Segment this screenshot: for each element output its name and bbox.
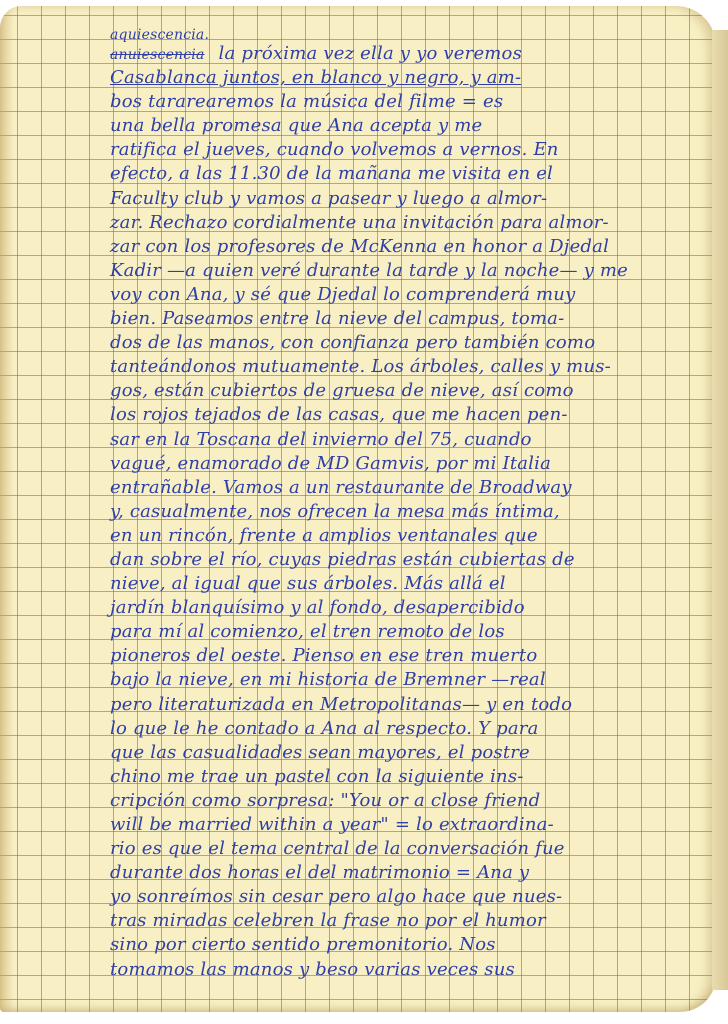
text-line: tras miradas celebren la frase no por el… [110,909,700,933]
inserted-correction: aquiescencia. [110,28,700,42]
text-line: sino por cierto sentido premonitorio. No… [110,933,700,957]
text-line: rio es que el tema central de la convers… [110,837,700,861]
text-line: bien. Paseamos entre la nieve del campus… [110,307,700,331]
text-line: efecto, a las 11.30 de la mañana me visi… [110,162,700,186]
text-line: chino me trae un pastel con la siguiente… [110,765,700,789]
text-line: los rojos tejados de las casas, que me h… [110,403,700,427]
struck-word: anuiescencia [110,47,205,63]
text-line: jardín blanquísimo y al fondo, desaperci… [110,596,700,620]
text-line: dos de las manos, con confianza pero tam… [110,331,700,355]
text-line: vagué, enamorado de MD Gamvis, por mi It… [110,452,700,476]
notebook-page: aquiescencia. anuiescenciala próxima vez… [0,6,716,1012]
text-line: pero literaturizada en Metropolitanas— y… [110,693,700,717]
text-line: tomamos las manos y beso varias veces su… [110,958,700,982]
text-line: que las casualidades sean mayores, el po… [110,741,700,765]
text-line: durante dos horas el del matrimonio = An… [110,861,700,885]
text-line: bos tararearemos la música del filme = e… [110,90,700,114]
text-line: Kadir —a quien veré durante la tarde y l… [110,259,700,283]
text-line: una bella promesa que Ana acepta y me [110,114,700,138]
text-line: voy con Ana, y sé que Djedal lo comprend… [110,283,700,307]
page-edge [712,30,728,990]
text-line: cripción como sorpresa: "You or a close … [110,789,700,813]
text-line: tanteándonos mutuamente. Los árboles, ca… [110,355,700,379]
text-line: entrañable. Vamos a un restaurante de Br… [110,476,700,500]
text-line: gos, están cubiertos de gruesa de nieve,… [110,379,700,403]
text-line: lo que le he contado a Ana al respecto. … [110,717,700,741]
text-line: Faculty club y vamos a pasear y luego a … [110,187,700,211]
text-line: zar. Rechazo cordialmente una invitación… [110,211,700,235]
text-line: will be married within a year" = lo extr… [110,813,700,837]
text-line: bajo la nieve, en mi historia de Bremner… [110,668,700,692]
text-line: en un rincón, frente a amplios ventanale… [110,524,700,548]
text-line: dan sobre el río, cuyas piedras están cu… [110,548,700,572]
text-line: yo sonreímos sin cesar pero algo hace qu… [110,885,700,909]
text-line: zar con los profesores de McKenna en hon… [110,235,700,259]
text-line: Casablanca juntos, en blanco y negro, y … [110,66,700,90]
handwritten-text: aquiescencia. anuiescenciala próxima vez… [110,34,700,982]
text-line: ratifica el jueves, cuando volvemos a ve… [110,138,700,162]
text-line: pioneros del oeste. Pienso en ese tren m… [110,644,700,668]
text-line: nieve, al igual que sus árboles. Más all… [110,572,700,596]
text-line: para mí al comienzo, el tren remoto de l… [110,620,700,644]
text-line: sar en la Toscana del invierno del 75, c… [110,428,700,452]
text-line: y, casualmente, nos ofrecen la mesa más … [110,500,700,524]
text-line: anuiescenciala próxima vez ella y yo ver… [110,42,700,66]
